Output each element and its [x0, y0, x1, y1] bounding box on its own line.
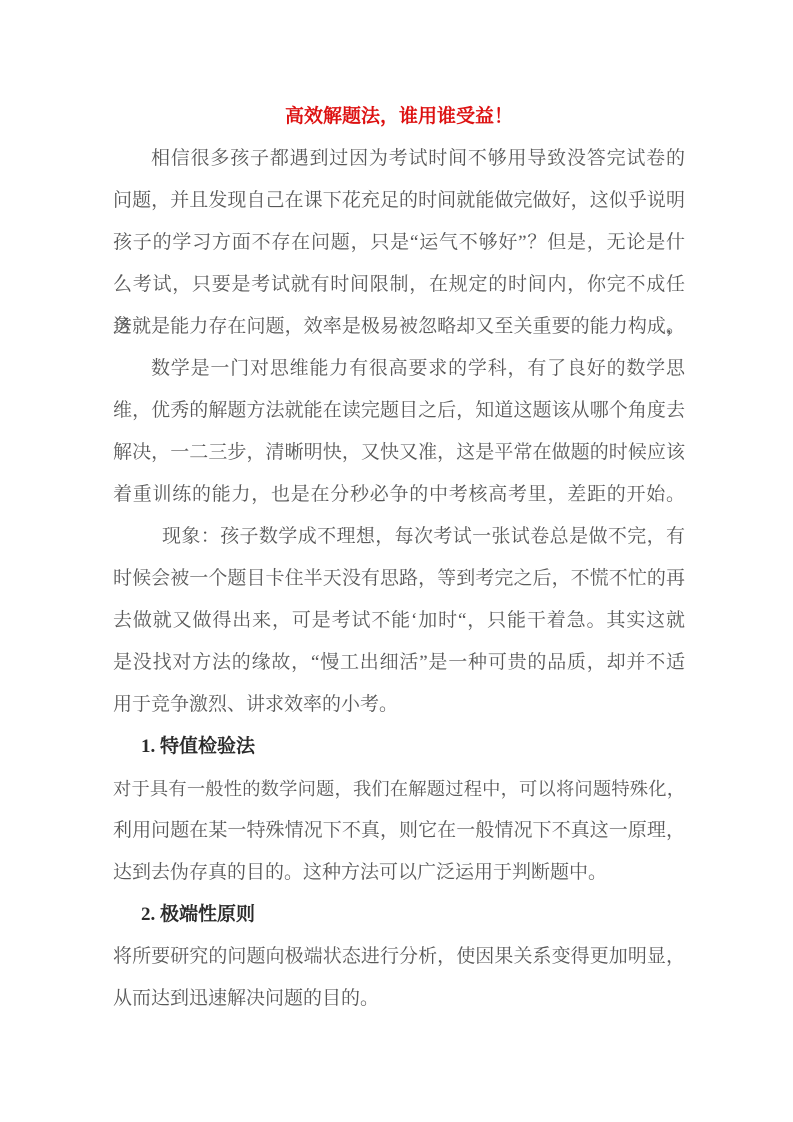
paragraph-1-line-2: 问题，并且发现自己在课下花充足的时间就能做完做好，这似乎说明 [113, 180, 685, 222]
paragraph-3-line-1: 现象：孩子数学成不理想，每次考试一张试卷总是做不完，有 [113, 516, 685, 558]
document-title: 高效解题法，谁用谁受益！ [113, 96, 685, 138]
heading-special-value-method: 1. 特值检验法 [113, 726, 685, 768]
paragraph-4-line-2: 利用问题在某一特殊情况下不真，则它在一般情况下不真这一原理， [113, 810, 685, 852]
paragraph-3-line-3: 去做就又做得出来，可是考试不能‘加时“，只能干着急。其实这就 [113, 600, 685, 642]
document-page: 高效解题法，谁用谁受益！ 相信很多孩子都遇到过因为考试时间不够用导致没答完试卷的… [0, 0, 793, 1122]
paragraph-2-line-3: 解决，一二三步，清晰明快，又快又准，这是平常在做题的时候应该 [113, 432, 685, 474]
heading-extremity-principle: 2. 极端性原则 [113, 894, 685, 936]
paragraph-1-line-4: 么考试，只要是考试就有时间限制，在规定的时间内，你完不成任务， [113, 264, 685, 306]
paragraph-1-line-5: 这就是能力存在问题，效率是极易被忽略却又至关重要的能力构成。 [113, 306, 685, 348]
paragraph-2-line-1: 数学是一门对思维能力有很高要求的学科，有了良好的数学思 [113, 348, 685, 390]
paragraph-1-line-1: 相信很多孩子都遇到过因为考试时间不够用导致没答完试卷的 [113, 138, 685, 180]
paragraph-2-line-4: 着重训练的能力，也是在分秒必争的中考核高考里，差距的开始。 [113, 474, 685, 516]
paragraph-4-line-1: 对于具有一般性的数学问题，我们在解题过程中，可以将问题特殊化， [113, 768, 685, 810]
paragraph-3-line-5: 用于竞争激烈、讲求效率的小考。 [113, 684, 685, 726]
paragraph-4-line-3: 达到去伪存真的目的。这种方法可以广泛运用于判断题中。 [113, 852, 685, 894]
paragraph-1-line-3: 孩子的学习方面不存在问题，只是“运气不够好”？但是，无论是什 [113, 222, 685, 264]
paragraph-2-line-2: 维，优秀的解题方法就能在读完题目之后，知道这题该从哪个角度去 [113, 390, 685, 432]
paragraph-3-line-2: 时候会被一个题目卡住半天没有思路，等到考完之后，不慌不忙的再 [113, 558, 685, 600]
paragraph-5-line-1: 将所要研究的问题向极端状态进行分析，使因果关系变得更加明显， [113, 936, 685, 978]
paragraph-3-line-4: 是没找对方法的缘故，“慢工出细活”是一种可贵的品质，却并不适 [113, 642, 685, 684]
paragraph-5-line-2: 从而达到迅速解决问题的目的。 [113, 978, 685, 1020]
